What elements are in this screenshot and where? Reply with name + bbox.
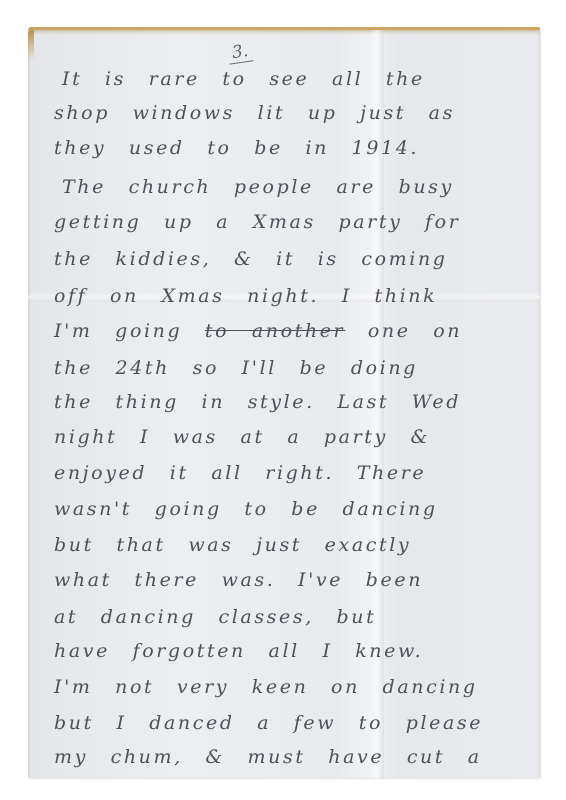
text-line: The church people are busy <box>62 178 520 197</box>
text-line: the 24th so I'll be doing <box>54 359 520 378</box>
text-line: the kiddies, & it is coming <box>54 250 520 269</box>
text-line: the thing in style. Last Wed <box>54 393 520 412</box>
text-line: but I danced a few to please <box>54 714 520 733</box>
text-line: my chum, & must have cut a <box>54 748 520 767</box>
text-line: off on Xmas night. I think <box>54 287 520 306</box>
text-line: getting up a Xmas party for <box>54 213 520 232</box>
struck-through-text: to another <box>205 320 345 342</box>
text-line: It is rare to see all the <box>62 70 520 89</box>
text-line: night I was at a party & <box>54 428 520 447</box>
text-line: but that was just exactly <box>54 536 520 555</box>
text-line: have forgotten all I knew. <box>54 642 520 661</box>
text-line: they used to be in 1914. <box>54 139 520 158</box>
letter-paper: 3. It is rare to see all the shop window… <box>28 27 540 778</box>
text-line: shop windows lit up just as <box>54 104 520 123</box>
text-line: I'm not very keen on dancing <box>54 678 520 697</box>
handwritten-text: It is rare to see all the shop windows l… <box>28 30 540 778</box>
text-line: at dancing classes, but <box>54 608 520 627</box>
text-line: what there was. I've been <box>54 571 520 590</box>
text-line: enjoyed it all right. There <box>54 464 520 483</box>
text-line: I'm going to another one on <box>54 322 520 341</box>
text-line: wasn't going to be dancing <box>54 500 520 519</box>
